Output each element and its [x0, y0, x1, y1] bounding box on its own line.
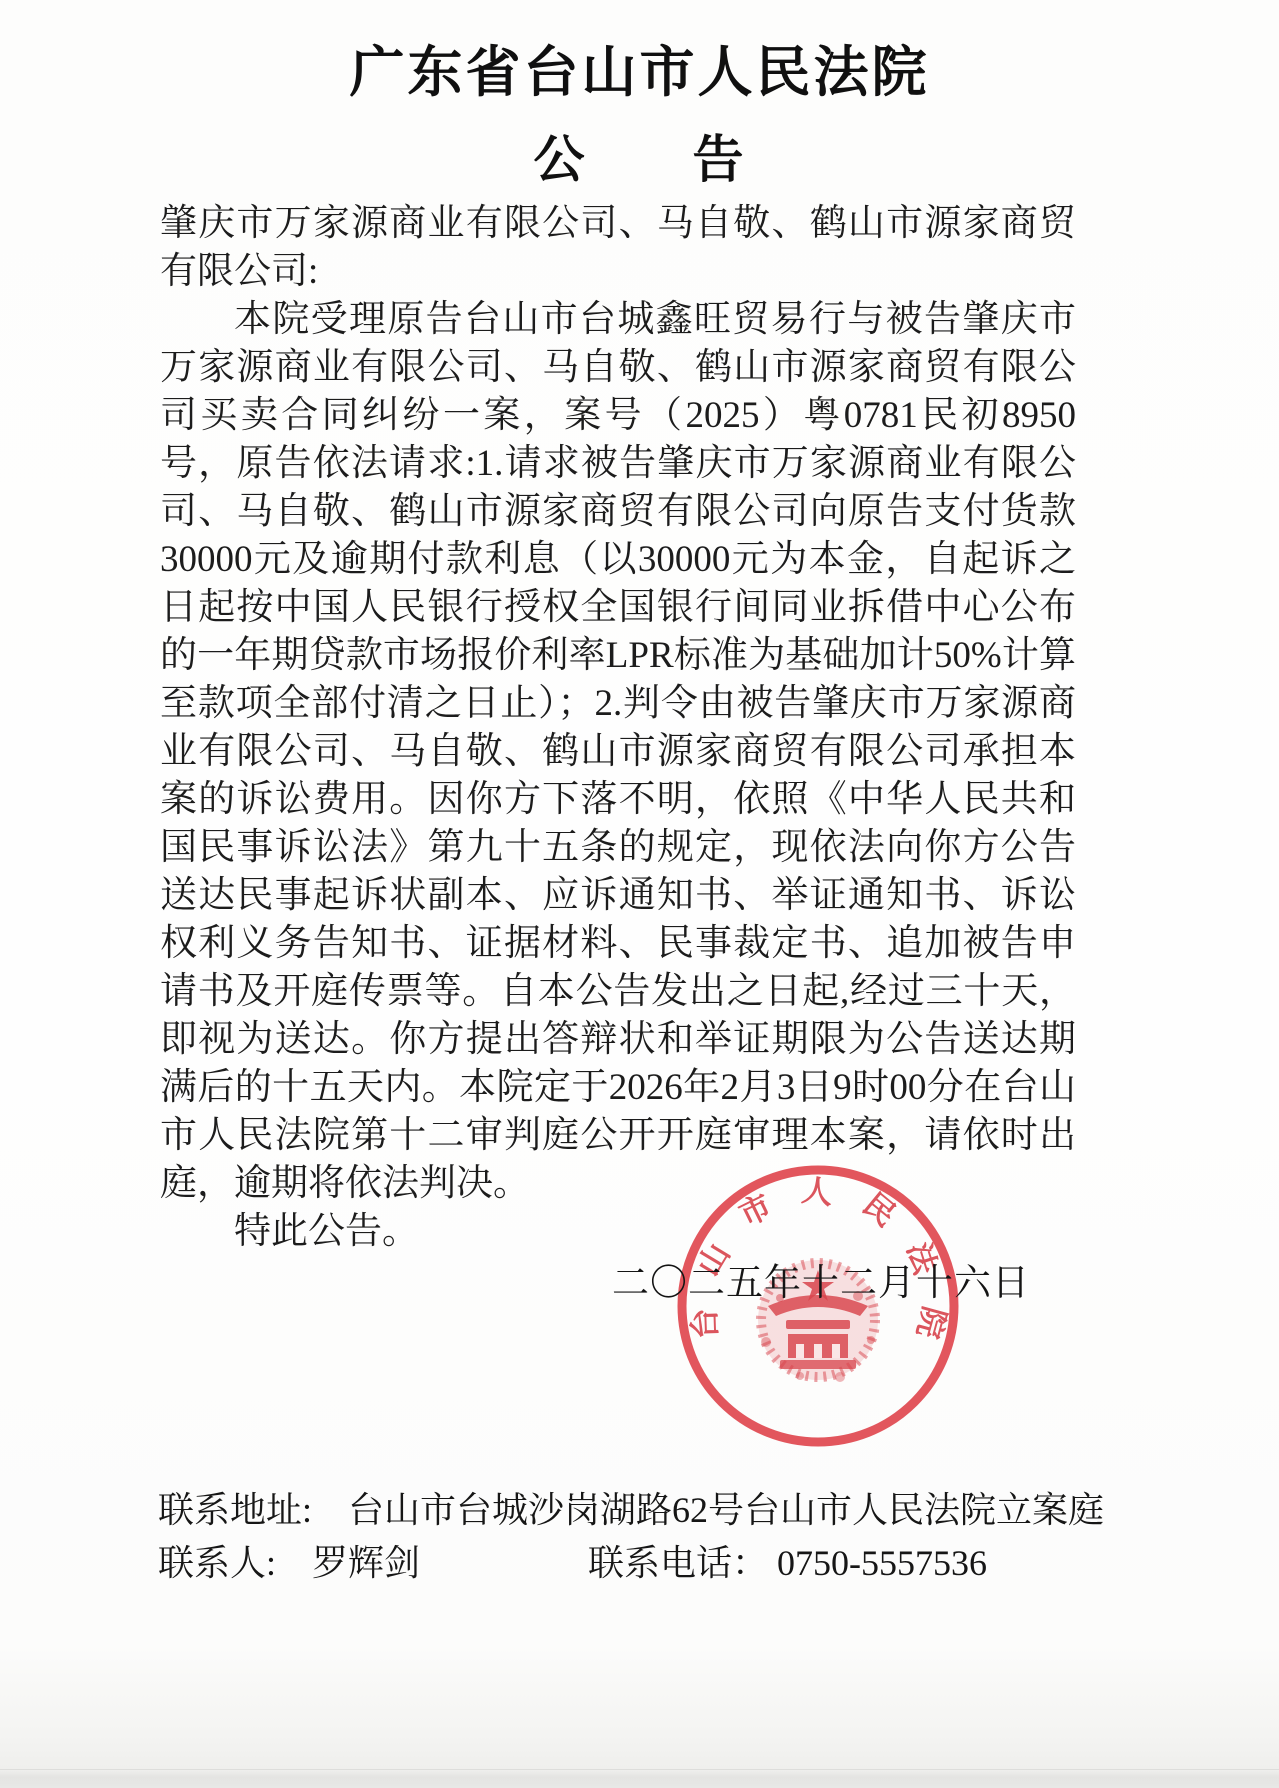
contact-address-value: 台山市台城沙岗湖路62号台山市人民法院立案庭 [348, 1490, 1104, 1530]
issue-date-text: 二〇二五年十二月十六日 [612, 1252, 1042, 1306]
contact-person-row: 联系人: 罗辉剑 联系电话： 0750-5557536 [158, 1537, 1138, 1590]
contact-address-label: 联系地址: [158, 1490, 312, 1530]
scan-edge-artifact [0, 1769, 1279, 1788]
contact-person-label: 联系人: [158, 1543, 276, 1583]
notice-body-text: 本院受理原告台山市台城鑫旺贸易行与被告肇庆市万家源商业有限公司、马自敬、鹤山市源… [160, 296, 1076, 1208]
contact-address-row: 联系地址: 台山市台城沙岗湖路62号台山市人民法院立案庭 [158, 1484, 1138, 1537]
notice-title: 公 告 [0, 118, 1279, 192]
scanned-court-notice-page: 广东省台山市人民法院 公 告 肇庆市万家源商业有限公司、马自敬、鹤山市源家商贸有… [0, 0, 1279, 1788]
notice-body: 肇庆市万家源商业有限公司、马自敬、鹤山市源家商贸有限公司: 本院受理原告台山市台… [160, 200, 1076, 1256]
court-seal: 台山市人民法院 [668, 1156, 968, 1456]
contact-person-value: 罗辉剑 [312, 1543, 420, 1583]
court-seal-graphic: 台山市人民法院 [668, 1156, 968, 1456]
contact-phone-label: 联系电话： [588, 1543, 768, 1583]
court-name-title: 广东省台山市人民法院 [0, 28, 1279, 107]
addressee-text: 肇庆市万家源商业有限公司、马自敬、鹤山市源家商贸有限公司: [160, 200, 1076, 296]
contact-phone-value: 0750-5557536 [777, 1543, 987, 1583]
contact-footer: 联系地址: 台山市台城沙岗湖路62号台山市人民法院立案庭 联系人: 罗辉剑 联系… [158, 1484, 1138, 1590]
